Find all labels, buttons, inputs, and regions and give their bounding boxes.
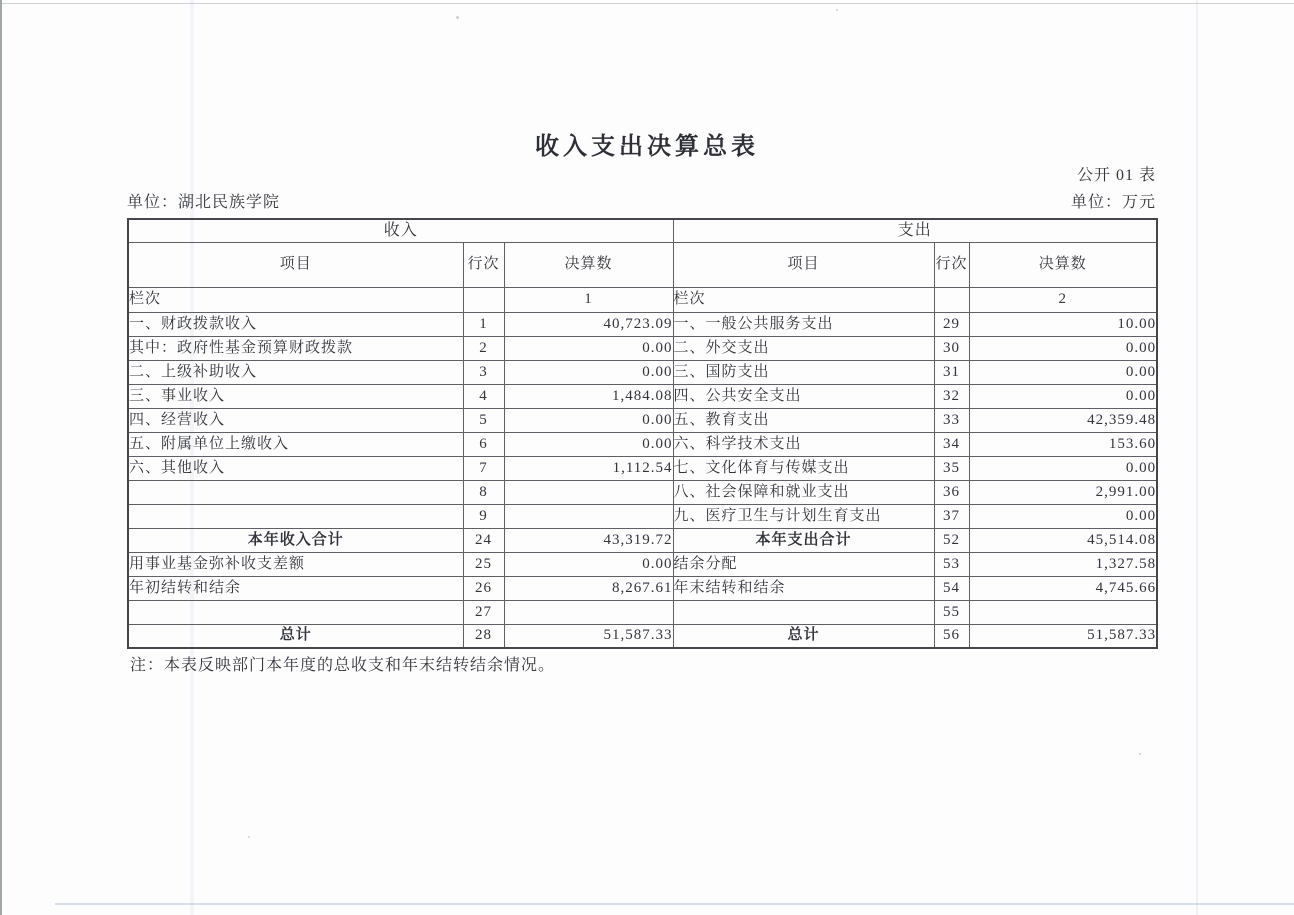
currency-unit-label: 单位：万元 [1071, 189, 1156, 212]
table-row-subtotal: 本年收入合计 24 43,319.72 本年支出合计 52 45,514.08 [128, 528, 1157, 552]
revenue-line-no: 24 [463, 528, 504, 552]
scan-speck [836, 9, 838, 11]
table-row: 六、其他收入 7 1,112.54 七、文化体育与传媒支出 35 0.00 [128, 456, 1157, 480]
col-header-item-right: 项目 [673, 242, 934, 287]
revenue-line-no: 28 [463, 624, 504, 648]
scan-speck [1139, 753, 1141, 755]
revenue-amount: 0.00 [504, 360, 673, 384]
index-value-left: 1 [504, 287, 673, 312]
revenue-item [128, 504, 463, 528]
revenue-subtotal-amount: 43,319.72 [504, 528, 673, 552]
revenue-item: 六、其他收入 [128, 456, 463, 480]
table-row: 四、经营收入 5 0.00 五、教育支出 33 42,359.48 [128, 408, 1157, 432]
revenue-item: 五、附属单位上缴收入 [128, 432, 463, 456]
revenue-item: 一、财政拨款收入 [128, 312, 463, 336]
table-row: 年初结转和结余 26 8,267.61 年末结转和结余 54 4,745.66 [128, 576, 1157, 600]
col-header-line-left: 行次 [463, 242, 504, 287]
expenditure-amount: 1,327.58 [969, 552, 1157, 576]
revenue-section-header: 收入 [128, 219, 673, 242]
expenditure-line-no: 35 [934, 456, 969, 480]
expenditure-item: 五、教育支出 [673, 408, 934, 432]
revenue-item: 年初结转和结余 [128, 576, 463, 600]
table-row: 8 八、社会保障和就业支出 36 2,991.00 [128, 480, 1157, 504]
expenditure-subtotal-label: 本年支出合计 [673, 528, 934, 552]
expenditure-total-label: 总计 [673, 624, 934, 648]
table-code-label: 公开 01 表 [1077, 162, 1156, 185]
expenditure-total-amount: 51,587.33 [969, 624, 1157, 648]
revenue-line-no: 6 [463, 432, 504, 456]
revenue-amount: 0.00 [504, 432, 673, 456]
revenue-amount: 0.00 [504, 408, 673, 432]
column-header-row: 项目 行次 决算数 项目 行次 决算数 [128, 242, 1157, 287]
expenditure-item: 结余分配 [673, 552, 934, 576]
revenue-total-amount: 51,587.33 [504, 624, 673, 648]
revenue-amount: 0.00 [504, 336, 673, 360]
expenditure-item [673, 600, 934, 624]
expenditure-line-no: 56 [934, 624, 969, 648]
table-row: 一、财政拨款收入 1 40,723.09 一、一般公共服务支出 29 10.00 [128, 312, 1157, 336]
revenue-item: 用事业基金弥补收支差额 [128, 552, 463, 576]
revenue-item: 二、上级补助收入 [128, 360, 463, 384]
expenditure-line-no: 55 [934, 600, 969, 624]
expenditure-line-no: 33 [934, 408, 969, 432]
expenditure-amount: 4,745.66 [969, 576, 1157, 600]
revenue-amount: 0.00 [504, 552, 673, 576]
revenue-line-no: 5 [463, 408, 504, 432]
table-row: 27 55 [128, 600, 1157, 624]
table-row: 其中：政府性基金预算财政拨款 2 0.00 二、外交支出 30 0.00 [128, 336, 1157, 360]
revenue-amount: 1,484.08 [504, 384, 673, 408]
scan-speck [248, 836, 250, 838]
scan-edge-bottom [55, 903, 1294, 905]
revenue-item: 三、事业收入 [128, 384, 463, 408]
revenue-amount [504, 480, 673, 504]
expenditure-amount: 10.00 [969, 312, 1157, 336]
expenditure-amount: 42,359.48 [969, 408, 1157, 432]
expenditure-line-no: 37 [934, 504, 969, 528]
expenditure-item: 年末结转和结余 [673, 576, 934, 600]
table-row: 二、上级补助收入 3 0.00 三、国防支出 31 0.00 [128, 360, 1157, 384]
revenue-line-no: 26 [463, 576, 504, 600]
expenditure-amount: 0.00 [969, 336, 1157, 360]
expenditure-line-no: 31 [934, 360, 969, 384]
index-line-left [463, 287, 504, 312]
expenditure-amount: 0.00 [969, 360, 1157, 384]
expenditure-amount: 2,991.00 [969, 480, 1157, 504]
page-title: 收入支出决算总表 [0, 126, 1294, 161]
revenue-line-no: 1 [463, 312, 504, 336]
revenue-line-no: 2 [463, 336, 504, 360]
column-index-row: 栏次 1 栏次 2 [128, 287, 1157, 312]
expenditure-line-no: 30 [934, 336, 969, 360]
expenditure-item: 四、公共安全支出 [673, 384, 934, 408]
table-row: 9 九、医疗卫生与计划生育支出 37 0.00 [128, 504, 1157, 528]
revenue-item: 其中：政府性基金预算财政拨款 [128, 336, 463, 360]
expenditure-line-no: 34 [934, 432, 969, 456]
index-line-right [934, 287, 969, 312]
revenue-amount: 1,112.54 [504, 456, 673, 480]
revenue-total-label: 总计 [128, 624, 463, 648]
expenditure-item: 八、社会保障和就业支出 [673, 480, 934, 504]
scanned-page: 收入支出决算总表 公开 01 表 单位：万元 单位：湖北民族学院 收入 支出 项… [0, 0, 1294, 915]
expenditure-item: 三、国防支出 [673, 360, 934, 384]
revenue-item [128, 480, 463, 504]
revenue-amount [504, 504, 673, 528]
revenue-line-no: 3 [463, 360, 504, 384]
revenue-line-no: 9 [463, 504, 504, 528]
expenditure-amount: 153.60 [969, 432, 1157, 456]
col-header-amount-left: 决算数 [504, 242, 673, 287]
revenue-amount [504, 600, 673, 624]
revenue-line-no: 8 [463, 480, 504, 504]
scan-edge-top [2, 3, 1294, 4]
table-row: 三、事业收入 4 1,484.08 四、公共安全支出 32 0.00 [128, 384, 1157, 408]
index-label-left: 栏次 [128, 287, 463, 312]
revenue-amount: 8,267.61 [504, 576, 673, 600]
expenditure-section-header: 支出 [673, 219, 1157, 242]
scan-speck [456, 16, 459, 19]
expenditure-item: 一、一般公共服务支出 [673, 312, 934, 336]
expenditure-line-no: 36 [934, 480, 969, 504]
revenue-line-no: 4 [463, 384, 504, 408]
expenditure-amount: 0.00 [969, 384, 1157, 408]
table-row-grand-total: 总计 28 51,587.33 总计 56 51,587.33 [128, 624, 1157, 648]
col-header-item-left: 项目 [128, 242, 463, 287]
revenue-line-no: 25 [463, 552, 504, 576]
expenditure-item: 六、科学技术支出 [673, 432, 934, 456]
footnote: 注：本表反映部门本年度的总收支和年末结转结余情况。 [130, 652, 555, 675]
col-header-amount-right: 决算数 [969, 242, 1157, 287]
table-row: 用事业基金弥补收支差额 25 0.00 结余分配 53 1,327.58 [128, 552, 1157, 576]
expenditure-line-no: 54 [934, 576, 969, 600]
final-accounts-table: 收入 支出 项目 行次 决算数 项目 行次 决算数 栏次 1 栏次 2 一、财政… [127, 218, 1158, 649]
expenditure-line-no: 32 [934, 384, 969, 408]
organization-label: 单位：湖北民族学院 [127, 189, 280, 212]
section-header-row: 收入 支出 [128, 219, 1157, 242]
revenue-line-no: 27 [463, 600, 504, 624]
expenditure-amount [969, 600, 1157, 624]
expenditure-subtotal-amount: 45,514.08 [969, 528, 1157, 552]
expenditure-line-no: 52 [934, 528, 969, 552]
revenue-amount: 40,723.09 [504, 312, 673, 336]
expenditure-item: 七、文化体育与传媒支出 [673, 456, 934, 480]
index-label-right: 栏次 [673, 287, 934, 312]
revenue-subtotal-label: 本年收入合计 [128, 528, 463, 552]
index-value-right: 2 [969, 287, 1157, 312]
revenue-item: 四、经营收入 [128, 408, 463, 432]
expenditure-amount: 0.00 [969, 504, 1157, 528]
expenditure-item: 九、医疗卫生与计划生育支出 [673, 504, 934, 528]
revenue-item [128, 600, 463, 624]
revenue-line-no: 7 [463, 456, 504, 480]
expenditure-line-no: 29 [934, 312, 969, 336]
expenditure-amount: 0.00 [969, 456, 1157, 480]
table-row: 五、附属单位上缴收入 6 0.00 六、科学技术支出 34 153.60 [128, 432, 1157, 456]
expenditure-line-no: 53 [934, 552, 969, 576]
expenditure-item: 二、外交支出 [673, 336, 934, 360]
col-header-line-right: 行次 [934, 242, 969, 287]
